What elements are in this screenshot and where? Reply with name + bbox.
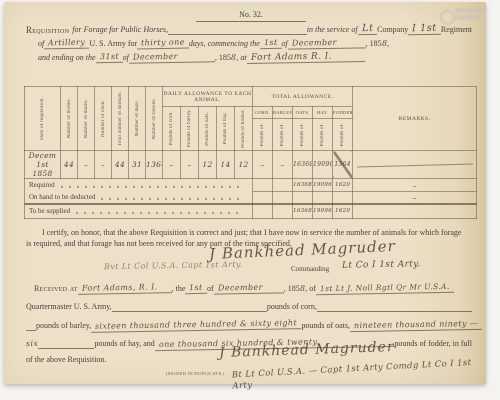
hw-oats-amount: sixteen thousand three hundred & sixty e… — [91, 318, 301, 333]
col-head-total-animals: Total number of animals. — [112, 87, 129, 151]
cell-oxen: – — [95, 151, 112, 179]
cell-date: Decem1st 1858 — [25, 151, 61, 179]
required-fodder: 1620 — [333, 179, 353, 192]
col-head-oxen: Number of oxen. — [95, 87, 112, 151]
cell-daily-barley: – — [181, 151, 199, 179]
hw-place: Fort Adams R. I. — [247, 51, 365, 64]
blank-line — [38, 348, 94, 349]
hw-hay-amount-1: nineteen thousand ninety — — [350, 319, 482, 332]
onhand-hay — [313, 192, 333, 204]
hw-start-month: December — [288, 37, 366, 49]
col-sub-total-oats: Pounds of. — [293, 119, 313, 151]
col-head-days: Number of days. — [129, 87, 146, 151]
commanding-label: Commanding — [291, 264, 329, 274]
intro-line-1: Requisition for Forage for Public Horses… — [26, 24, 472, 35]
required-label-cell: Required — [25, 179, 253, 192]
onhand-corn — [253, 192, 273, 204]
col-head-total-hay: HAY. — [313, 107, 333, 119]
dot-leaders — [100, 195, 243, 201]
col-sub-total-corn: Pounds of. — [253, 119, 273, 151]
cell-days: 31 — [129, 151, 146, 179]
hay-label: pounds of hay, and — [94, 339, 154, 349]
cell-daily-fodder: 12 — [235, 151, 253, 179]
cell-horses: 44 — [61, 151, 78, 179]
tosupply-corn — [253, 204, 273, 219]
col-head-date: Date of requisition. — [25, 87, 61, 151]
col-head-total-oats: OATS. — [293, 107, 313, 119]
cell-remarks — [353, 151, 477, 179]
table-row-tosupply: To be supplied 16368 19096 1620 — [25, 204, 477, 219]
hw-end-year: 8 — [231, 53, 237, 63]
blank-line — [26, 330, 36, 331]
tosupply-hay: 19096 — [313, 204, 333, 219]
cell-daily-oats: 12 — [199, 151, 217, 179]
required-corn — [253, 179, 273, 192]
col-sub-total-fodder: Pounds of. — [333, 119, 353, 151]
onhand-barley — [273, 192, 293, 204]
intro-h: of — [281, 39, 287, 49]
watermark-bar — [455, 8, 485, 13]
barley-label: pounds of barley, — [36, 321, 91, 331]
hw-hay-amount-2: six — [26, 339, 39, 349]
requisition-close-line: of the above Requisition. — [26, 355, 106, 365]
quartermaster-line: Quartermaster U. S. Army, pounds of corn… — [26, 302, 472, 312]
close-text: of the above Requisition. — [26, 355, 106, 365]
signature-magruder-1: J Bankhead Magruder — [209, 241, 396, 259]
hw-received-place: Fort Adams, R. I. — [78, 282, 172, 295]
required-remark: – — [353, 179, 477, 192]
cell-total-barley: – — [273, 151, 293, 179]
onhand-fodder — [333, 192, 353, 204]
duplicate-note: (SIGNED IN DUPLICATE.) — [166, 369, 225, 379]
intro-b: in the service of — [307, 25, 358, 35]
fodder-label: pounds of fodder, in full — [394, 339, 472, 349]
received-line: Received at Fort Adams, R. I. , the 1st … — [34, 283, 472, 294]
hw-end-day: 31st — [95, 52, 122, 63]
pen-stroke — [357, 163, 473, 167]
oats-label: pounds of oats, — [301, 321, 350, 331]
hw-received-day: 1st — [185, 283, 207, 294]
intro-line-2: of Artillery U. S. Army for thirty one d… — [38, 38, 472, 49]
col-head-rations: Number of rations. — [146, 87, 163, 151]
signature-unit-1: Lt Co I 1st Arty. — [342, 259, 421, 270]
tosupply-barley — [273, 204, 293, 219]
required-hay: 19096 — [313, 179, 333, 192]
onhand-label-cell: On hand to be deducted — [25, 192, 253, 204]
tosupply-remark — [353, 204, 477, 219]
certify-text-1: I certify, on honor, that the above Requ… — [42, 228, 461, 238]
hw-start-year: 8 — [382, 39, 388, 49]
col-sub-total-hay: Pounds of. — [313, 119, 333, 151]
onhand-remark: – — [353, 192, 477, 204]
col-head-total-fodder: FODDER. — [333, 107, 353, 119]
cell-total-fodder: 1364 — [333, 151, 353, 179]
col-head-total-corn: CORN. — [253, 107, 273, 119]
hw-days: thirty one — [137, 38, 189, 50]
dot-leaders — [75, 209, 243, 215]
hw-received-officer: 1st Lt J. Noll Rgtl Qr Mr U.S.A. — [316, 282, 454, 295]
form-number: No. 32. — [196, 10, 306, 22]
daily-allowance-group-head: DAILY ALLOWANCE TO EACH ANIMAL. — [163, 87, 253, 107]
intro-d: Regiment — [441, 25, 472, 35]
total-allowance-group-head: TOTAL ALLOWANCE. — [253, 87, 353, 107]
col-sub-total-barley: Pounds of. — [273, 119, 293, 151]
hw-company-type: Lt — [358, 24, 378, 35]
table-main-row: Decem1st 1858 44 – – 44 31 1364 – – 12 1… — [25, 151, 477, 179]
col-head-daily-fodder: Pounds of fodder. — [235, 107, 253, 151]
qm-label: Quartermaster U. S. Army, — [26, 302, 112, 312]
col-head-daily-corn: Pounds of corn. — [163, 107, 181, 151]
signature-rank-1: Bvt Lt Col U.S.A. Capt 1st Arty. — [104, 260, 243, 272]
onhand-oats — [293, 192, 313, 204]
tosupply-oats: 16368 — [293, 204, 313, 219]
blank-line — [317, 311, 472, 312]
col-head-mules: Number of mules. — [78, 87, 95, 151]
col-head-daily-hay: Pounds of hay. — [217, 107, 235, 151]
tosupply-label-cell: To be supplied — [25, 204, 253, 219]
intro-g: days, commencing the — [189, 39, 260, 49]
required-oats: 16368 — [293, 179, 313, 192]
received-label: Received at — [34, 284, 78, 294]
intro-a: for Forage for Public Horses, — [72, 25, 168, 35]
hw-received-month: December — [214, 282, 284, 294]
col-head-daily-barley: Pounds of barley. — [181, 107, 199, 151]
document-paper: No. 32. Requisition for Forage for Publi… — [4, 2, 486, 384]
remarks-head: REMARKS. — [353, 87, 477, 151]
col-head-daily-oats: Pounds of oats. — [199, 107, 217, 151]
hw-branch: Artillery — [44, 38, 89, 50]
qm-corn-label: pounds of corn, — [267, 302, 317, 312]
tosupply-fodder: 1620 — [333, 204, 353, 219]
cell-daily-corn: – — [163, 151, 181, 179]
dot-leaders — [60, 183, 243, 189]
cell-daily-hay: 14 — [217, 151, 235, 179]
col-head-total-barley: BARLEY. — [273, 107, 293, 119]
signature-rank-2: Bt Lt Col U.S.A. — Capt 1st Arty Comdg L… — [232, 358, 481, 393]
hw-start-day: 1st — [260, 38, 282, 49]
table-row-required: Required 16368 19096 1620 – — [25, 179, 477, 192]
intro-line-3: and ending on the 31st of December , 185… — [38, 52, 418, 63]
cell-total-oats: 16368 — [293, 151, 313, 179]
required-barley — [273, 179, 293, 192]
cell-total-corn: – — [253, 151, 273, 179]
hw-end-month: December — [129, 51, 215, 63]
intro-m: , 185 — [215, 53, 231, 63]
barley-oats-line: pounds of barley, sixteen thousand three… — [26, 320, 472, 331]
blank-line — [168, 34, 307, 35]
intro-requisition: Requisition — [26, 25, 69, 35]
watermark-circle-icon — [440, 10, 455, 25]
certify-line-1: I certify, on honor, that the above Requ… — [42, 228, 472, 238]
intro-i: , 185 — [366, 39, 382, 49]
cell-total-animals: 44 — [112, 151, 129, 179]
cell-rations: 1364 — [146, 151, 163, 179]
intro-k: and ending on the — [38, 53, 96, 63]
cell-total-hay: 19096 — [313, 151, 333, 179]
blank-line — [112, 311, 267, 312]
col-head-horses: Number of horses. — [61, 87, 78, 151]
forage-table: Date of requisition. Number of horses. N… — [24, 86, 477, 219]
hw-received-year: 8 — [300, 284, 306, 294]
table-row-onhand: On hand to be deducted – — [25, 192, 477, 204]
hw-company: I 1st — [408, 24, 441, 36]
form-number-text: No. 32. — [239, 10, 263, 20]
intro-n: , at — [236, 53, 246, 63]
watermark-bar — [455, 15, 481, 20]
intro-f: U. S. Army for — [89, 39, 137, 49]
cell-mules: – — [78, 151, 95, 179]
intro-c: Company — [377, 25, 408, 35]
signature-magruder-2: J Bankhead Magruder — [219, 342, 395, 358]
